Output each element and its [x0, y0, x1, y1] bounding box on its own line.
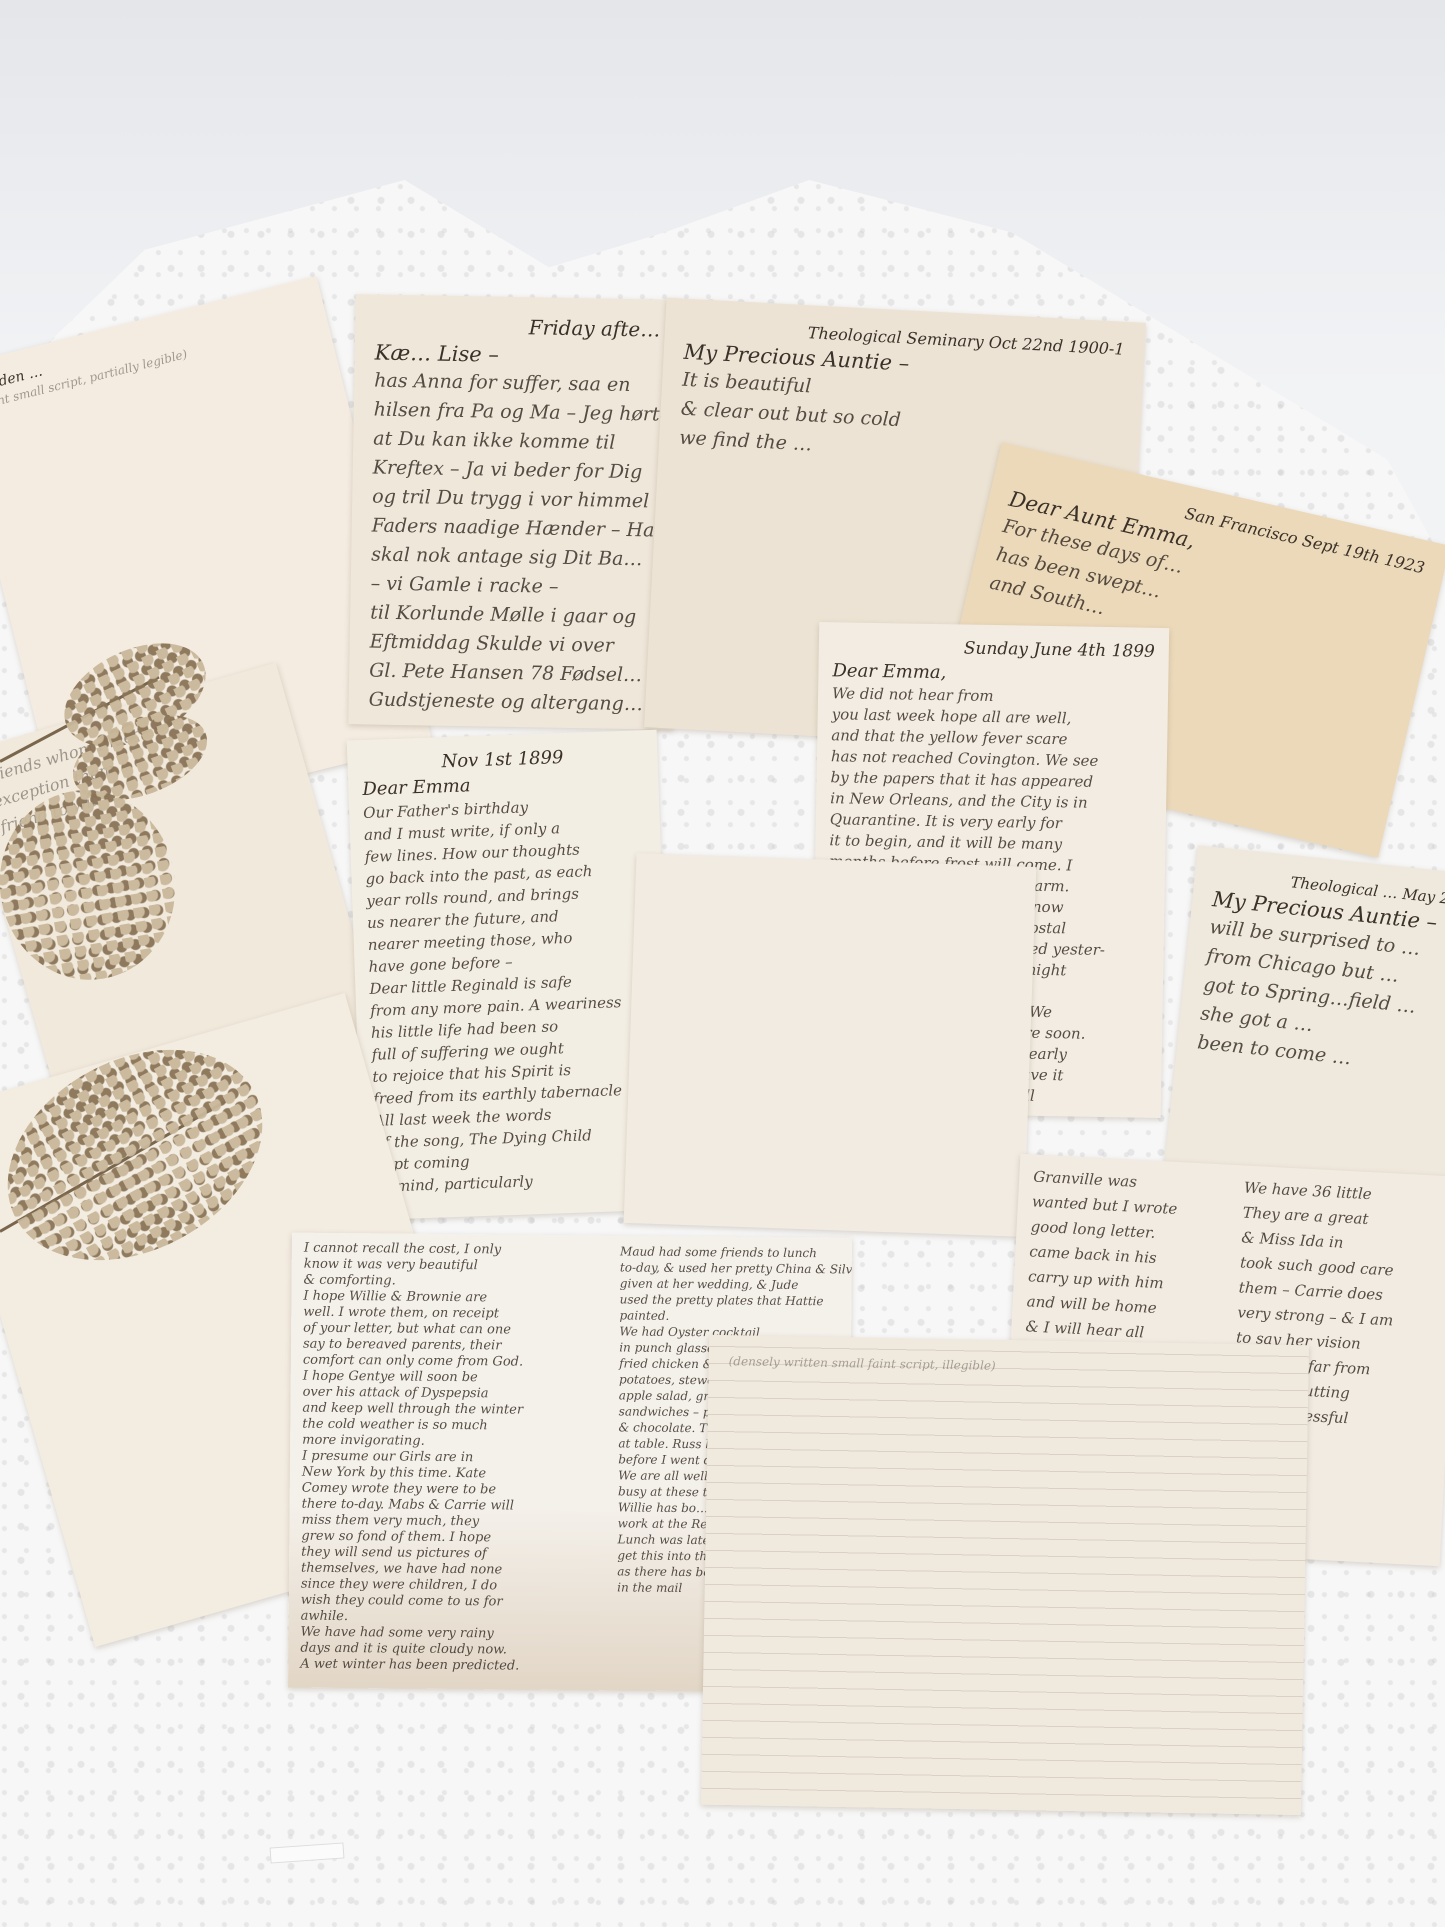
letter-middle-folded [624, 853, 1037, 1237]
letter-nov-1st: Nov 1st 1899 Dear Emma Our Father's birt… [347, 730, 674, 1221]
letter-theological-may: Theological … May 20… My Precious Auntie… [1164, 845, 1445, 1205]
letter-norwegian: Friday afte… Kæ… Lise – has Anna for suf… [348, 294, 680, 730]
letter-bottom-right-dense: (densely written small faint script, ill… [701, 1335, 1309, 1815]
